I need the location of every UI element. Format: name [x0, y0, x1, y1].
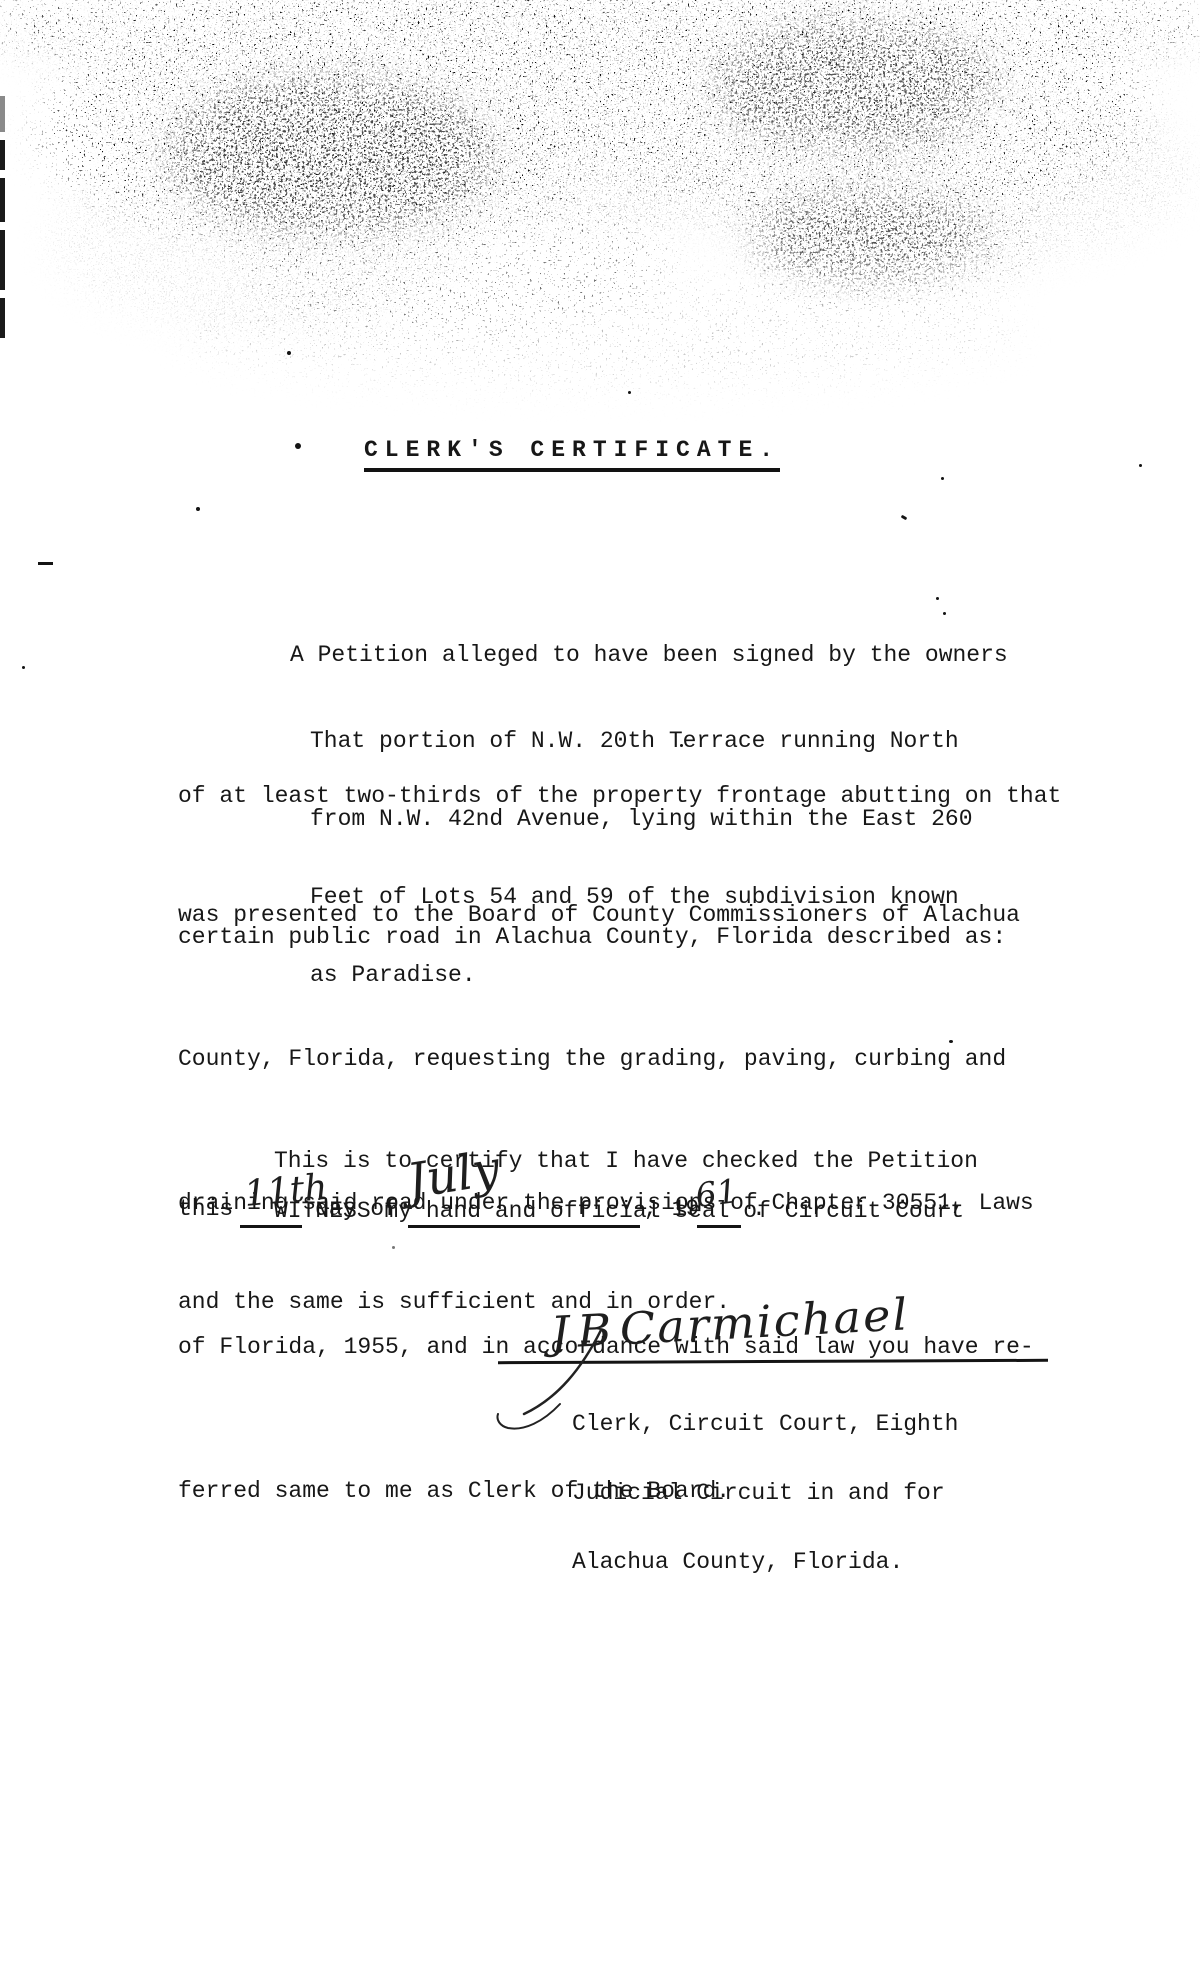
paragraph-line: A Petition alleged to have been signed b… [178, 632, 1061, 679]
scan-noise-artifact [0, 0, 1200, 430]
scan-edge-mark [0, 140, 5, 170]
road-description-line: That portion of N.W. 20th Terrace runnin… [310, 728, 973, 754]
ink-speck [941, 477, 944, 480]
document-title: CLERK'S CERTIFICATE. [364, 437, 780, 472]
ink-speck [901, 515, 908, 521]
paragraph-line: was presented to the Board of County Com… [178, 891, 1034, 939]
ink-speck [628, 391, 631, 394]
handwritten-year: 61 [693, 1171, 739, 1215]
ink-speck [287, 351, 291, 355]
scanned-document-page: CLERK'S CERTIFICATE. A Petition alleged … [0, 0, 1200, 1986]
signature-title-line: Judicial Circuit in and for [572, 1482, 958, 1505]
ink-dash [38, 562, 53, 565]
signature-title-line: Clerk, Circuit Court, Eighth [572, 1413, 958, 1436]
scan-edge-mark [0, 96, 5, 132]
date-line-period: . [752, 1196, 766, 1222]
scan-edge-mark [0, 298, 5, 338]
ink-speck [196, 507, 200, 511]
ink-speck [295, 443, 301, 449]
scan-edge-mark [0, 178, 5, 222]
signature-title-line: Alachua County, Florida. [572, 1551, 958, 1574]
date-line-this: this [178, 1196, 233, 1222]
scan-edge-mark [0, 230, 5, 290]
signature-title-block: Clerk, Circuit Court, Eighth Judicial Ci… [572, 1367, 958, 1620]
ink-speck [1139, 464, 1142, 467]
ink-speck [22, 666, 25, 669]
handwritten-day: 11th [242, 1167, 329, 1215]
date-line-year-prefix: , 19 [644, 1196, 699, 1222]
